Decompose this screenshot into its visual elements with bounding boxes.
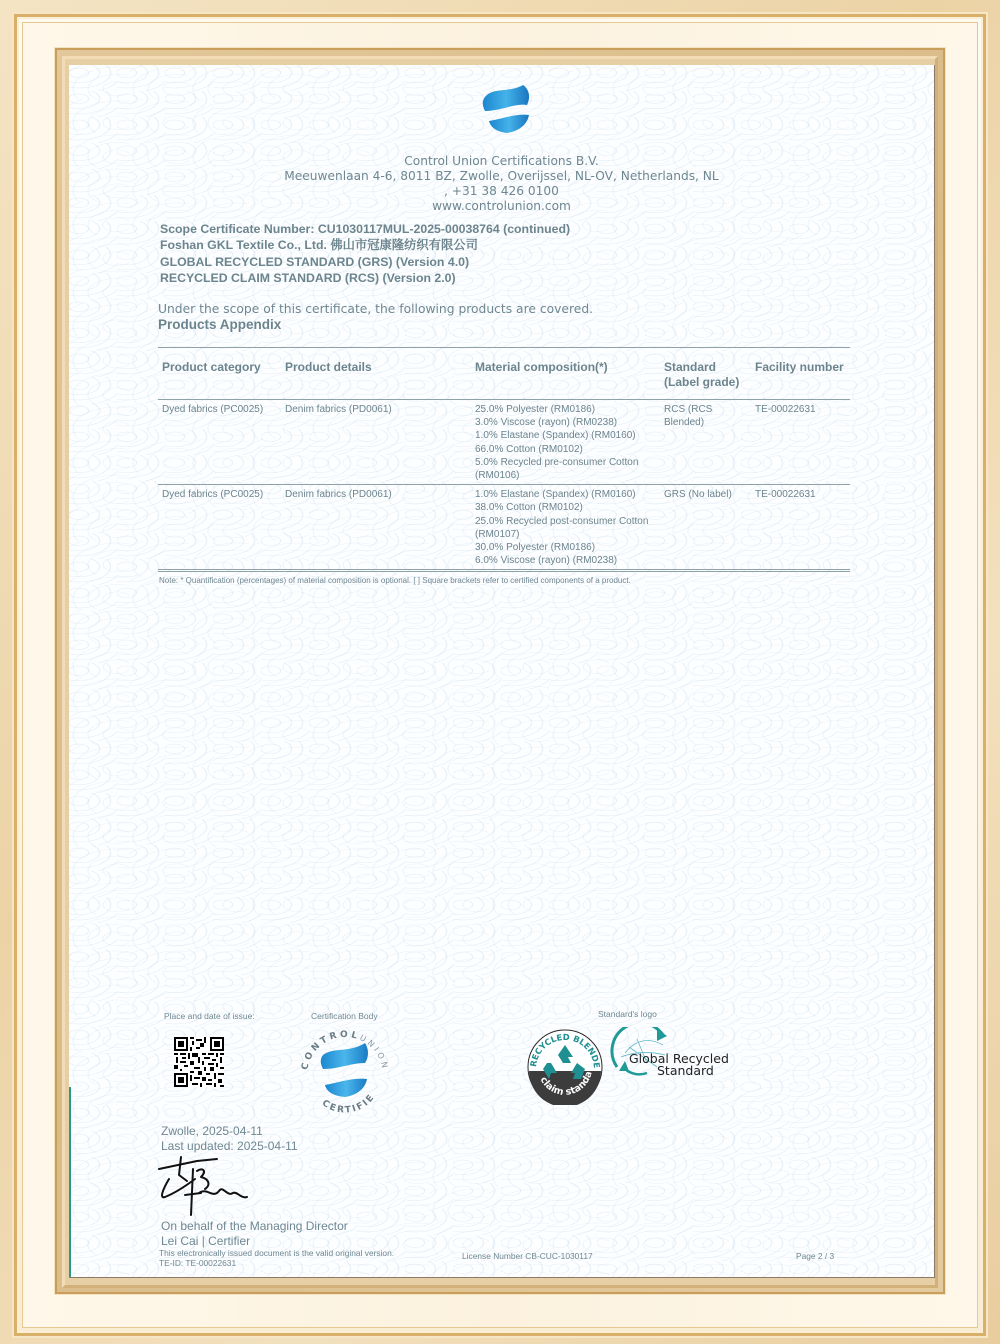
composition-line: 1.0% Elastane (Spandex) (RM0160)	[475, 488, 656, 501]
header-details: Product details	[281, 348, 471, 400]
composition-line: 3.0% Viscose (rayon) (RM0238)	[475, 416, 656, 429]
grs-global-recycled-standard-logo-icon: Global Recycled Standard	[607, 1027, 732, 1085]
composition-line: 25.0% Recycled post-consumer Cotton	[475, 515, 656, 528]
table-note: Note: * Quantification (percentages) of …	[159, 576, 631, 585]
cell-category: Dyed fabrics (PC0025)	[158, 485, 281, 571]
table-header-row: Product category Product details Materia…	[158, 348, 850, 400]
products-table: Product category Product details Materia…	[158, 347, 850, 572]
cell-category: Dyed fabrics (PC0025)	[158, 400, 281, 485]
standard-line1: RCS (RCS	[664, 403, 747, 416]
cell-details: Denim fabrics (PD0061)	[281, 485, 471, 571]
place-label: Place and date of issue:	[164, 1011, 255, 1021]
grs-logo-line2: Standard	[657, 1063, 714, 1078]
company-name: Foshan GKL Textile Co., Ltd. 佛山市冠康隆纺织有限公…	[160, 237, 570, 253]
composition-line: 25.0% Polyester (RM0186)	[475, 403, 656, 416]
standard-line1: GRS (No label)	[664, 488, 747, 501]
composition-line: (RM0107)	[475, 528, 656, 541]
cell-composition: 1.0% Elastane (Spandex) (RM0160) 38.0% C…	[471, 485, 660, 571]
standard-line2: Blended)	[664, 416, 747, 429]
cell-composition: 25.0% Polyester (RM0186) 3.0% Viscose (r…	[471, 400, 660, 485]
scope-intro: Under the scope of this certificate, the…	[158, 302, 593, 316]
composition-line: 1.0% Elastane (Spandex) (RM0160)	[475, 429, 656, 442]
place-date: Zwolle, 2025-04-11	[161, 1124, 298, 1139]
org-name: Control Union Certifications B.V.	[69, 154, 934, 169]
te-id: TE-ID: TE-00022631	[159, 1258, 394, 1268]
scope-block: Scope Certificate Number: CU1030117MUL-2…	[160, 221, 570, 286]
validity-block: This electronically issued document is t…	[159, 1248, 394, 1268]
rcs-recycled-blended-logo-icon: RECYCLED BLENDED claim standard	[527, 1029, 603, 1105]
standards-logo-label: Standard's logo	[598, 1009, 657, 1019]
header-facility: Facility number	[751, 348, 850, 400]
appendix-title: Products Appendix	[158, 317, 281, 332]
composition-line: (RM0106)	[475, 469, 656, 482]
header-standard: Standard (Label grade)	[660, 348, 751, 400]
behalf-text: On behalf of the Managing Director	[161, 1219, 348, 1234]
cell-facility: TE-00022631	[751, 485, 850, 571]
org-address: Meeuwenlaan 4-6, 8011 BZ, Zwolle, Overij…	[69, 169, 934, 184]
control-union-certified-seal-icon: CONTROL UNION CERTIFIED	[295, 1023, 395, 1123]
standard-rcs: RECYCLED CLAIM STANDARD (RCS) (Version 2…	[160, 270, 570, 286]
table-row: Dyed fabrics (PC0025) Denim fabrics (PD0…	[158, 400, 850, 485]
license-number: License Number CB-CUC-1030117	[462, 1251, 593, 1261]
org-phone: , +31 38 426 0100	[69, 184, 934, 199]
signature-icon	[157, 1155, 253, 1217]
composition-line: 30.0% Polyester (RM0186)	[475, 541, 656, 554]
cell-standard: RCS (RCS Blended)	[660, 400, 751, 485]
scope-certificate-number: Scope Certificate Number: CU1030117MUL-2…	[160, 221, 570, 237]
last-updated: Last updated: 2025-04-11	[161, 1139, 298, 1154]
standard-grs: GLOBAL RECYCLED STANDARD (GRS) (Version …	[160, 254, 570, 270]
cell-details: Denim fabrics (PD0061)	[281, 400, 471, 485]
certificate-page: Control Union Certifications B.V. Meeuwe…	[69, 65, 935, 1278]
page-edge-accent	[69, 1087, 71, 1277]
signer-name: Lei Cai | Certifier	[161, 1234, 348, 1249]
validity-text: This electronically issued document is t…	[159, 1248, 394, 1258]
header-composition: Material composition(*)	[471, 348, 660, 400]
cell-facility: TE-00022631	[751, 400, 850, 485]
composition-line: 5.0% Recycled pre-consumer Cotton	[475, 456, 656, 469]
signatory-block: On behalf of the Managing Director Lei C…	[161, 1219, 348, 1248]
table-row: Dyed fabrics (PC0025) Denim fabrics (PD0…	[158, 485, 850, 571]
cert-body-label: Certification Body	[311, 1011, 378, 1021]
composition-line: 66.0% Cotton (RM0102)	[475, 443, 656, 456]
cell-standard: GRS (No label)	[660, 485, 751, 571]
issue-block: Zwolle, 2025-04-11 Last updated: 2025-04…	[161, 1124, 298, 1154]
composition-line: 6.0% Viscose (rayon) (RM0238)	[475, 554, 656, 567]
header-standard-line2: (Label grade)	[664, 375, 747, 390]
header-category: Product category	[158, 348, 281, 400]
org-website: www.controlunion.com	[69, 199, 934, 214]
page-number: Page 2 / 3	[796, 1251, 834, 1261]
control-union-logo-icon	[479, 83, 535, 135]
qr-code-icon[interactable]	[174, 1037, 224, 1087]
composition-line: 38.0% Cotton (RM0102)	[475, 501, 656, 514]
header-standard-line1: Standard	[664, 360, 747, 375]
